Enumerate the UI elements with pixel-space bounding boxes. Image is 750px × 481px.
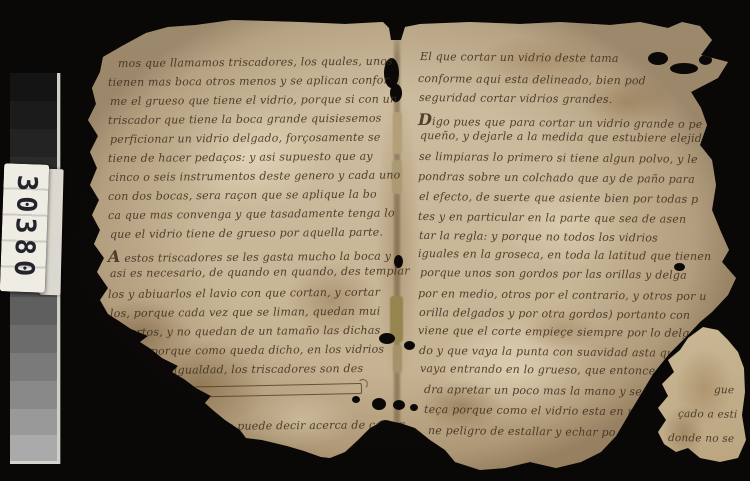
paper-hole	[416, 441, 427, 450]
manuscript-line: el efecto, de suerte que asiente bien po…	[419, 190, 698, 206]
manuscript-line: conforme aqui esta delineado, bien pod	[418, 72, 646, 87]
manuscript-line: pondras sobre un colchado que ay de paño…	[418, 170, 695, 186]
manuscript-line: ca que mas convenga y que tasadamente te…	[108, 206, 395, 222]
manuscript-line: tiene de hacer pedaços: y asi supuesto q…	[108, 150, 373, 165]
fragment-line: çado a esti	[678, 408, 738, 421]
manuscript-line: orilla delgados y por otra gordos) porta…	[419, 306, 690, 322]
fragment-line: gue	[714, 384, 734, 396]
manuscript-line: El que cortar un vidrio deste tama	[420, 50, 619, 65]
manuscript-line: me el grueso que tiene el vidrio, porque…	[110, 92, 397, 108]
paper-hole	[670, 63, 698, 74]
manuscript-line: queño, y dejarle a la medida que estubie…	[420, 129, 713, 145]
manuscript-line: bocas porque como queda dicho, en los vi…	[114, 343, 384, 358]
repair-tape	[393, 345, 402, 373]
manuscript-line: A estos triscadores se les gasta mucho l…	[108, 245, 391, 266]
manuscript-line: con dos bocas, sera raçon que se aplique…	[108, 188, 377, 203]
manuscript-line: triscador que tiene la boca grande quisi…	[108, 112, 382, 127]
manuscript-line: do y que vaya la punta con suavidad asta…	[419, 344, 681, 360]
manuscript-line: cha desigualdad, los triscadores son des	[130, 362, 363, 377]
manuscript-line: que se puede decir acerca de cortar	[196, 418, 405, 433]
manuscript-line: se limpiaras lo primero si tiene algun p…	[419, 150, 698, 166]
fragment-line: donde no se	[668, 432, 734, 445]
manuscript-line: tar la regla: y porque no todos los vidr…	[419, 229, 658, 245]
manuscript-line: ne peligro de estallar y echar po	[428, 424, 616, 439]
manuscript-line: iguales en la groseca, en toda la latitu…	[418, 247, 711, 263]
manuscript-line: asi es necesario, de quando en quando, d…	[110, 264, 410, 280]
paper-hole	[648, 52, 668, 65]
manuscript-line: tes y en particular en la parte que sea …	[418, 210, 686, 226]
manuscript-line: mos que llamamos triscadores, los quales…	[118, 55, 393, 70]
manuscript-line: los y abiuarlos el lavio con que cortan,…	[108, 286, 380, 301]
manuscript-photograph: 30380 30380 mos que llamamos triscadores…	[0, 0, 750, 481]
manuscript-line: seguridad cortar vidrios grandes.	[419, 91, 613, 106]
paper-hole	[400, 428, 413, 439]
paper-hole	[372, 398, 386, 410]
paper-hole	[410, 404, 418, 411]
paper-hole	[404, 341, 415, 350]
paper-hole	[699, 55, 712, 65]
repair-tape	[393, 112, 402, 154]
manuscript-line: los, porque cada vez que se liman, queda…	[110, 305, 381, 320]
manuscript-line: perficionar un vidrio delgado, forçosame…	[110, 131, 381, 146]
paper-hole	[393, 400, 405, 410]
manuscript-line: teça porque como el vidrio esta en p	[424, 403, 635, 418]
manuscript-line: viene que el corte empieçe siempre por l…	[418, 324, 696, 340]
paper-hole	[352, 396, 360, 403]
accession-label: 30380	[0, 163, 49, 292]
manuscript-line: porque unos son gordos por las orillas y…	[420, 266, 687, 282]
manuscript-line: abiertos, y no quedan de un tamaño las d…	[112, 324, 381, 339]
manuscript-line: cinco o seis instrumentos deste genero y…	[109, 168, 401, 184]
manuscript-line: dra apretar un poco mas la mano y sea co…	[424, 383, 673, 399]
manuscript-line: tienen mas boca otros menos y se aplican…	[108, 74, 389, 89]
manuscript-line: por en medio, otros por el contrario, y …	[418, 287, 707, 303]
manuscript-line: vaya entrando en lo grueso, que entonces…	[420, 362, 685, 378]
scroll-ornament	[168, 383, 362, 398]
manuscript-line: que el vidrio tiene de grueso por aquell…	[110, 226, 383, 241]
accession-number: 30380	[7, 174, 42, 281]
manuscript-sheet: mos que llamamos triscadores, los quales…	[0, 0, 750, 481]
